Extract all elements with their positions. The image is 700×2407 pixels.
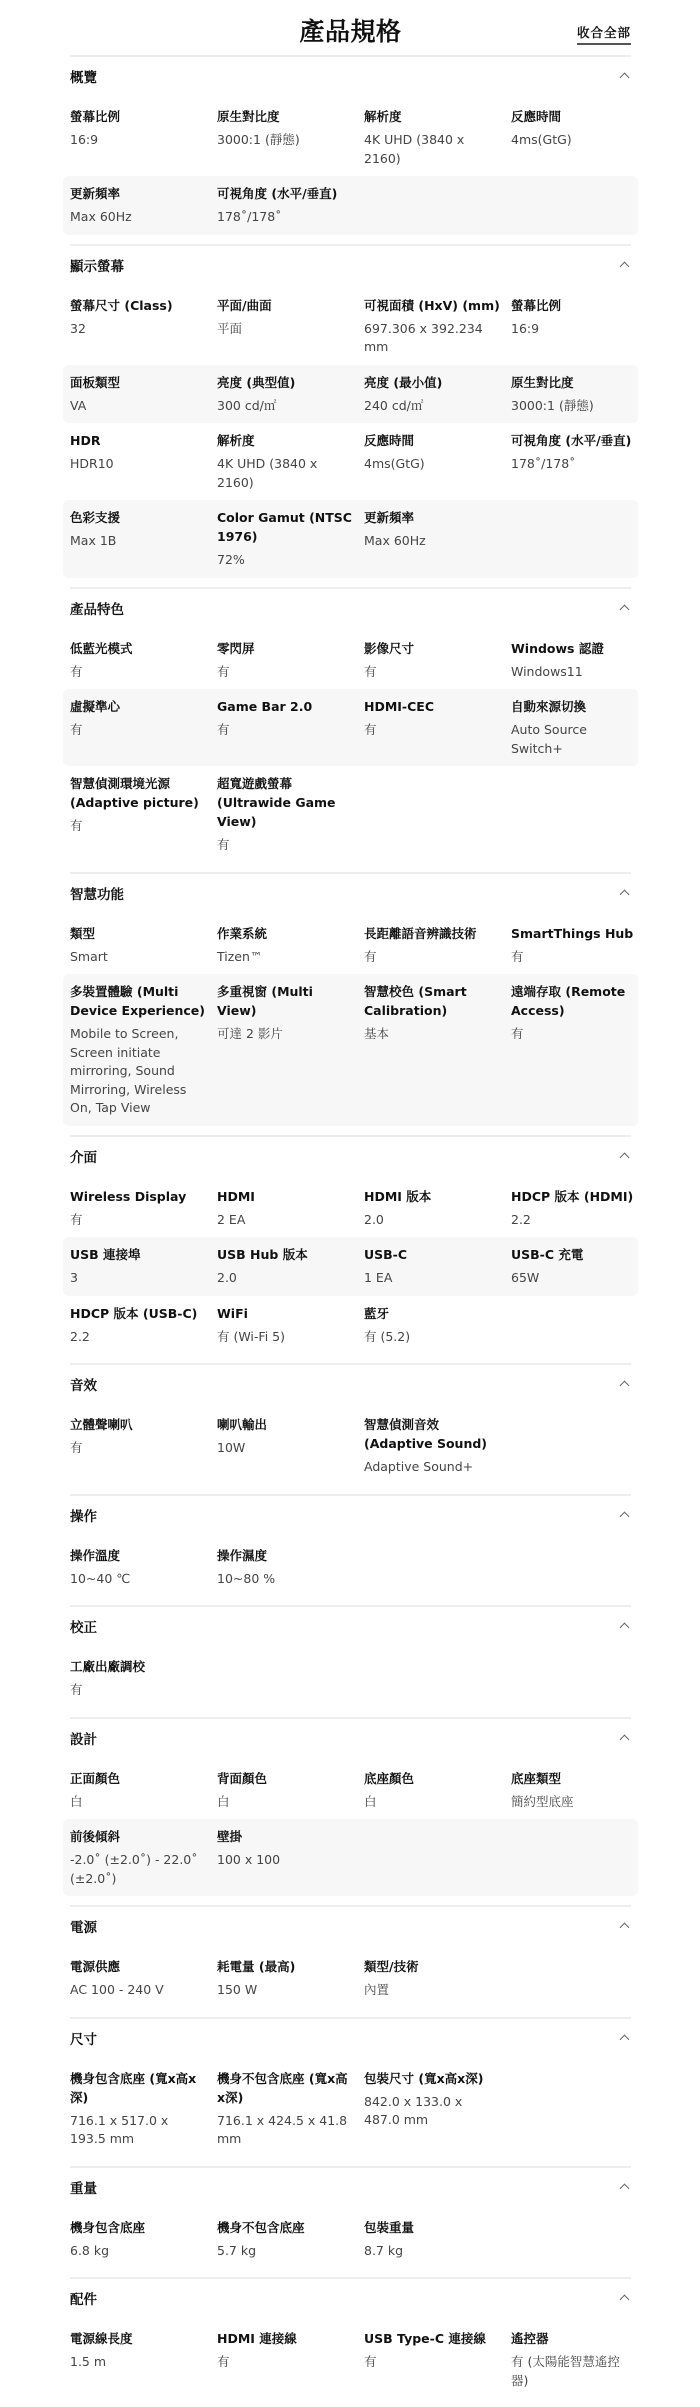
spec-section: 重量機身包含底座6.8 kg機身不包含底座5.7 kg包裝重量8.7 kg [70,2166,631,2278]
spec-value: Adaptive Sound+ [364,1458,489,1477]
spec-item: 機身包含底座6.8 kg [70,2218,217,2261]
spec-item: HDMI 版本2.0 [364,1187,511,1230]
spec-label: USB Hub 版本 [217,1245,354,1264]
spec-section: 音效立體聲喇叭有喇叭輸出10W智慧偵測音效 (Adaptive Sound)Ad… [70,1363,631,1494]
spec-label: HDR [70,431,207,450]
spec-value: Tizen™ [217,948,354,967]
spec-label: USB-C 充電 [511,1245,636,1264]
spec-value: 65W [511,1269,636,1288]
spec-value: 簡約型底座 [511,1793,636,1812]
spec-item: 亮度 (最小值)240 cd/㎡ [364,373,511,416]
spec-label: 機身包含底座 (寬x高x深) [70,2069,207,2107]
spec-label: 可視角度 (水平/垂直) [511,431,636,450]
spec-label: 平面/曲面 [217,296,354,315]
spec-item: 面板類型VA [70,373,217,416]
spec-row: 色彩支援Max 1BColor Gamut (NTSC 1976)72%更新頻率… [63,500,638,578]
spec-sections: 概覽螢幕比例16:9原生對比度3000:1 (靜態)解析度4K UHD (384… [70,55,631,2407]
spec-value: 有 [70,817,207,836]
spec-section: 配件電源線長度1.5 mHDMI 連接線有USB Type-C 連接線有遙控器有… [70,2277,631,2407]
spec-row: 多裝置體驗 (Multi Device Experience)Mobile to… [63,974,638,1126]
spec-section: 產品特色低藍光模式有零閃屏有影像尺寸有Windows 認證Windows11虛擬… [70,587,631,872]
spec-label: Windows 認證 [511,639,636,658]
spec-value: 有 (太陽能智慧遙控器) [511,2353,636,2390]
spec-label: HDMI-CEC [364,697,501,716]
spec-label: 解析度 [364,107,501,126]
spec-label: 自動來源切換 [511,697,636,716]
section-title: 介面 [70,1150,97,1166]
spec-value: HDR10 [70,455,207,474]
spec-value: 178˚/178˚ [511,455,636,474]
spec-value: 有 [511,1025,636,1044]
spec-label: 智慧偵測音效 (Adaptive Sound) [364,1415,489,1453]
spec-label: 正面顏色 [70,1769,207,1788]
spec-row: HDRHDR10解析度4K UHD (3840 x 2160)反應時間4ms(G… [63,423,638,500]
spec-section: 電源電源供應AC 100 - 240 V耗電量 (最高)150 W類型/技術內置 [70,1905,631,2017]
spec-value: 4K UHD (3840 x 2160) [364,131,501,168]
spec-label: 壁掛 [217,1827,342,1846]
spec-value: 有 [217,663,354,682]
spec-value: 4ms(GtG) [364,455,501,474]
spec-row: USB 連接埠3USB Hub 版本2.0USB-C1 EAUSB-C 充電65… [63,1237,638,1296]
spec-value: 2.2 [70,1328,207,1347]
spec-value: 716.1 x 424.5 x 41.8 mm [217,2112,354,2149]
chevron-up-icon[interactable] [620,73,630,83]
spec-item: 電源供應AC 100 - 240 V [70,1957,217,2000]
section-header[interactable]: 產品特色 [70,600,631,620]
spec-item: 機身包含底座 (寬x高x深)716.1 x 517.0 x 193.5 mm [70,2069,217,2149]
spec-item: 螢幕比例16:9 [511,296,636,357]
spec-value: 有 [70,663,207,682]
spec-value: 10~40 ℃ [70,1570,207,1589]
spec-label: 原生對比度 [511,373,636,392]
spec-row: 工廠出廠調校有 [63,1649,638,1708]
spec-value: 有 [217,2353,354,2372]
spec-row: 前後傾斜-2.0˚ (±2.0˚) - 22.0˚ (±2.0˚)壁掛100 x… [63,1819,638,1896]
spec-value: 72% [217,551,354,570]
spec-label: HDMI 連接線 [217,2329,354,2348]
spec-item: SmartThings Hub有 [511,924,636,967]
chevron-up-icon[interactable] [620,1623,630,1633]
spec-label: USB 連接埠 [70,1245,207,1264]
spec-label: 多裝置體驗 (Multi Device Experience) [70,982,207,1020]
spec-label: 前後傾斜 [70,1827,207,1846]
spec-value: 有 [217,721,354,740]
spec-value: Windows11 [511,663,636,682]
spec-label: 藍牙 [364,1304,489,1323]
spec-label: 低藍光模式 [70,639,207,658]
spec-value: 2 EA [217,1211,354,1230]
chevron-up-icon[interactable] [620,2295,630,2305]
spec-value: VA [70,397,207,416]
spec-section: 顯示螢幕螢幕尺寸 (Class)32平面/曲面平面可視面積 (HxV) (mm)… [70,244,631,587]
spec-label: 更新頻率 [70,184,207,203]
spec-value: Mobile to Screen, Screen initiate mirror… [70,1025,207,1118]
section-header[interactable]: 操作 [70,1507,631,1527]
spec-item: 前後傾斜-2.0˚ (±2.0˚) - 22.0˚ (±2.0˚) [70,1827,217,1888]
spec-section: 設計正面顏色白背面顏色白底座顏色白底座類型簡約型底座前後傾斜-2.0˚ (±2.… [70,1717,631,1906]
spec-item: 長距離語音辨識技術有 [364,924,511,967]
spec-label: 底座顏色 [364,1769,501,1788]
spec-label: 背面顏色 [217,1769,354,1788]
spec-value: -2.0˚ (±2.0˚) - 22.0˚ (±2.0˚) [70,1851,207,1888]
spec-value: 有 [70,1211,207,1230]
section-title: 重量 [70,2181,97,2197]
spec-value: 716.1 x 517.0 x 193.5 mm [70,2112,207,2149]
spec-item: 機身不包含底座5.7 kg [217,2218,364,2261]
spec-value: 32 [70,320,207,339]
spec-item: 底座類型簡約型底座 [511,1769,636,1812]
spec-item: 藍牙有 (5.2) [364,1304,489,1347]
chevron-up-icon[interactable] [620,1152,630,1162]
spec-value: 有 [364,721,501,740]
spec-value: 可達 2 影片 [217,1025,354,1044]
spec-label: 反應時間 [511,107,636,126]
spec-label: 類型 [70,924,207,943]
spec-item: 電源線長度1.5 m [70,2329,217,2390]
section-title: 配件 [70,2292,97,2308]
spec-section: 尺寸機身包含底座 (寬x高x深)716.1 x 517.0 x 193.5 mm… [70,2017,631,2166]
spec-item: 原生對比度3000:1 (靜態) [511,373,636,416]
spec-label: 智慧校色 (Smart Calibration) [364,982,501,1020]
spec-label: WiFi [217,1304,354,1323]
section-header[interactable]: 設計 [70,1730,631,1750]
chevron-up-icon[interactable] [620,1734,630,1744]
spec-item: 超寬遊戲螢幕 (Ultrawide Game View)有 [217,774,342,855]
spec-label: 電源線長度 [70,2329,207,2348]
section-title: 校正 [70,1620,97,1636]
spec-label: 亮度 (最小值) [364,373,501,392]
section-title: 設計 [70,1732,97,1748]
spec-item: 智慧偵測音效 (Adaptive Sound)Adaptive Sound+ [364,1415,489,1477]
spec-value: 有 [364,948,501,967]
spec-value: 4K UHD (3840 x 2160) [217,455,354,492]
specs-header: 產品規格 收合全部 [70,0,631,55]
spec-section: 操作操作溫度10~40 ℃操作濕度10~80 % [70,1494,631,1606]
spec-value: 有 [364,663,501,682]
spec-value: Max 60Hz [364,532,489,551]
spec-value: 697.306 x 392.234 mm [364,320,501,357]
section-header[interactable]: 電源 [70,1918,631,1938]
spec-item: 作業系統Tizen™ [217,924,364,967]
spec-value: 10~80 % [217,1570,342,1589]
spec-item: 螢幕比例16:9 [70,107,217,168]
spec-item: 反應時間4ms(GtG) [511,107,636,168]
spec-label: 作業系統 [217,924,354,943]
spec-row: 低藍光模式有零閃屏有影像尺寸有Windows 認證Windows11 [63,631,638,690]
section-header[interactable]: 尺寸 [70,2030,631,2050]
spec-value: 有 [511,948,636,967]
spec-label: 超寬遊戲螢幕 (Ultrawide Game View) [217,774,342,831]
section-header[interactable]: 介面 [70,1148,631,1168]
spec-item: HDCP 版本 (USB-C)2.2 [70,1304,217,1347]
chevron-up-icon[interactable] [620,261,630,271]
section-title: 概覽 [70,70,97,86]
spec-label: 解析度 [217,431,354,450]
spec-label: Color Gamut (NTSC 1976) [217,508,354,546]
spec-item: 反應時間4ms(GtG) [364,431,511,492]
spec-value: 1 EA [364,1269,501,1288]
spec-item: WiFi有 (Wi-Fi 5) [217,1304,364,1347]
spec-label: 類型/技術 [364,1957,489,1976]
spec-item: 解析度4K UHD (3840 x 2160) [364,107,511,168]
spec-value: 150 W [217,1981,354,2000]
spec-row: 電源供應AC 100 - 240 V耗電量 (最高)150 W類型/技術內置 [63,1949,638,2008]
spec-item: 耗電量 (最高)150 W [217,1957,364,2000]
spec-value: 2.2 [511,1211,636,1230]
spec-row: Wireless Display有HDMI2 EAHDMI 版本2.0HDCP … [63,1179,638,1238]
spec-label: HDCP 版本 (HDMI) [511,1187,636,1206]
spec-item: 操作溫度10~40 ℃ [70,1546,217,1589]
chevron-up-icon[interactable] [620,1511,630,1521]
spec-label: 操作濕度 [217,1546,342,1565]
spec-item: HDMI2 EA [217,1187,364,1230]
spec-item: 平面/曲面平面 [217,296,364,357]
spec-row: 機身包含底座 (寬x高x深)716.1 x 517.0 x 193.5 mm機身… [63,2061,638,2157]
spec-value: 16:9 [511,320,636,339]
spec-item: 原生對比度3000:1 (靜態) [217,107,364,168]
spec-item: 操作濕度10~80 % [217,1546,342,1589]
spec-section: 介面Wireless Display有HDMI2 EAHDMI 版本2.0HDC… [70,1135,631,1364]
spec-label: 更新頻率 [364,508,489,527]
collapse-all-button[interactable]: 收合全部 [577,23,631,45]
spec-value: 100 x 100 [217,1851,342,1870]
chevron-up-icon[interactable] [620,889,630,899]
spec-label: HDMI [217,1187,354,1206]
spec-item: 類型/技術內置 [364,1957,489,2000]
spec-value: 3000:1 (靜態) [217,131,354,150]
spec-label: 操作溫度 [70,1546,207,1565]
spec-label: 面板類型 [70,373,207,392]
spec-item: 背面顏色白 [217,1769,364,1812]
spec-item: 喇叭輸出10W [217,1415,364,1477]
spec-value: 白 [364,1793,501,1812]
spec-item: 包裝尺寸 (寬x高x深)842.0 x 133.0 x 487.0 mm [364,2069,489,2149]
spec-label: 多重視窗 (Multi View) [217,982,354,1020]
spec-value: 240 cd/㎡ [364,397,501,416]
spec-label: 螢幕比例 [70,107,207,126]
spec-item: 零閃屏有 [217,639,364,682]
section-header[interactable]: 校正 [70,1618,631,1638]
spec-value: Auto Source Switch+ [511,721,636,758]
section-header[interactable]: 顯示螢幕 [70,257,631,277]
spec-value: 5.7 kg [217,2242,354,2261]
spec-value: 有 [70,1439,207,1458]
spec-row: 正面顏色白背面顏色白底座顏色白底座類型簡約型底座 [63,1761,638,1820]
spec-value: 3000:1 (靜態) [511,397,636,416]
spec-value: 10W [217,1439,354,1458]
spec-value: AC 100 - 240 V [70,1981,207,2000]
spec-value: 有 (Wi-Fi 5) [217,1328,354,1347]
spec-item: 類型Smart [70,924,217,967]
spec-item: 機身不包含底座 (寬x高x深)716.1 x 424.5 x 41.8 mm [217,2069,364,2149]
spec-item: USB-C1 EA [364,1245,511,1288]
spec-item: HDMI-CEC有 [364,697,511,758]
spec-value: 有 (5.2) [364,1328,489,1347]
spec-row: 螢幕尺寸 (Class)32平面/曲面平面可視面積 (HxV) (mm)697.… [63,288,638,365]
spec-label: 原生對比度 [217,107,354,126]
spec-label: 機身包含底座 [70,2218,207,2237]
spec-label: USB-C [364,1245,501,1264]
spec-value: 內置 [364,1981,489,2000]
spec-item: USB-C 充電65W [511,1245,636,1288]
spec-item: 包裝重量8.7 kg [364,2218,489,2261]
spec-row: 螢幕比例16:9原生對比度3000:1 (靜態)解析度4K UHD (3840 … [63,99,638,176]
spec-row: 立體聲喇叭有喇叭輸出10W智慧偵測音效 (Adaptive Sound)Adap… [63,1407,638,1485]
spec-label: 底座類型 [511,1769,636,1788]
spec-item: Wireless Display有 [70,1187,217,1230]
spec-label: 螢幕尺寸 (Class) [70,296,207,315]
spec-value: 178˚/178˚ [217,208,342,227]
spec-item: 亮度 (典型值)300 cd/㎡ [217,373,364,416]
spec-item: USB Hub 版本2.0 [217,1245,364,1288]
spec-label: 可視角度 (水平/垂直) [217,184,342,203]
spec-row: 電源線長度1.5 mHDMI 連接線有USB Type-C 連接線有遙控器有 (… [63,2321,638,2398]
spec-value: 白 [70,1793,207,1812]
spec-value: 基本 [364,1025,501,1044]
spec-value: 300 cd/㎡ [217,397,354,416]
spec-value: 有 [70,1681,195,1700]
spec-item: 多裝置體驗 (Multi Device Experience)Mobile to… [70,982,217,1118]
spec-item: 色彩支援Max 1B [70,508,217,570]
section-header[interactable]: 智慧功能 [70,885,631,905]
spec-value: 6.8 kg [70,2242,207,2261]
spec-item: 工廠出廠調校有 [70,1657,195,1700]
spec-label: 反應時間 [364,431,501,450]
spec-value: 有 [70,721,207,740]
spec-value: 8.7 kg [364,2242,489,2261]
spec-item: 智慧偵測環境光源 (Adaptive picture)有 [70,774,217,855]
spec-value: 有 [217,836,342,855]
spec-item: 可視面積 (HxV) (mm)697.306 x 392.234 mm [364,296,511,357]
section-title: 電源 [70,1920,97,1936]
spec-row: 更新頻率Max 60Hz可視角度 (水平/垂直)178˚/178˚ [63,176,638,235]
spec-item: HDMI 連接線有 [217,2329,364,2390]
spec-item: 底座顏色白 [364,1769,511,1812]
spec-item: HDRHDR10 [70,431,217,492]
spec-label: 遙控器 [511,2329,636,2348]
spec-item: HDCP 版本 (HDMI)2.2 [511,1187,636,1230]
spec-label: 立體聲喇叭 [70,1415,207,1434]
spec-item: 自動來源切換Auto Source Switch+ [511,697,636,758]
spec-row: 類型Smart作業系統Tizen™長距離語音辨識技術有SmartThings H… [63,916,638,975]
spec-label: HDMI 版本 [364,1187,501,1206]
spec-label: 智慧偵測環境光源 (Adaptive picture) [70,774,207,812]
spec-section: 校正工廠出廠調校有 [70,1605,631,1717]
spec-label: Game Bar 2.0 [217,697,354,716]
spec-label: 零閃屏 [217,639,354,658]
spec-value: 16:9 [70,131,207,150]
page-title: 產品規格 [70,12,631,48]
spec-value: 白 [217,1793,354,1812]
spec-label: 喇叭輸出 [217,1415,354,1434]
product-specs-page: 產品規格 收合全部 概覽螢幕比例16:9原生對比度3000:1 (靜態)解析度4… [70,0,631,2407]
spec-label: USB Type-C 連接線 [364,2329,501,2348]
spec-item: Windows 認證Windows11 [511,639,636,682]
spec-item: 可視角度 (水平/垂直)178˚/178˚ [217,184,342,227]
spec-label: SmartThings Hub [511,924,636,943]
spec-item: 影像尺寸有 [364,639,511,682]
spec-row: 虛擬準心有Game Bar 2.0有HDMI-CEC有自動來源切換Auto So… [63,689,638,766]
spec-row: 操作溫度10~40 ℃操作濕度10~80 % [63,1538,638,1597]
spec-value: 3 [70,1269,207,1288]
section-header[interactable]: 概覽 [70,68,631,88]
spec-row: 面板類型VA亮度 (典型值)300 cd/㎡亮度 (最小值)240 cd/㎡原生… [63,365,638,424]
spec-item: 解析度4K UHD (3840 x 2160) [217,431,364,492]
section-title: 操作 [70,1509,97,1525]
spec-label: 包裝尺寸 (寬x高x深) [364,2069,489,2088]
spec-label: 機身不包含底座 (寬x高x深) [217,2069,354,2107]
spec-label: 工廠出廠調校 [70,1657,195,1676]
spec-label: 虛擬準心 [70,697,207,716]
spec-item: 智慧校色 (Smart Calibration)基本 [364,982,511,1118]
spec-label: 電源供應 [70,1957,207,1976]
spec-label: 可視面積 (HxV) (mm) [364,296,501,315]
spec-item: 更新頻率Max 60Hz [70,184,217,227]
spec-label: 影像尺寸 [364,639,501,658]
spec-label: 亮度 (典型值) [217,373,354,392]
spec-row: HDCP 版本 (USB-C)2.2WiFi有 (Wi-Fi 5)藍牙有 (5.… [63,1296,638,1355]
chevron-up-icon[interactable] [620,2034,630,2044]
spec-value: 2.0 [217,1269,354,1288]
spec-section: 智慧功能類型Smart作業系統Tizen™長距離語音辨識技術有SmartThin… [70,872,631,1135]
spec-value: 2.0 [364,1211,501,1230]
spec-item: 立體聲喇叭有 [70,1415,217,1477]
section-title: 智慧功能 [70,887,124,903]
spec-value: Max 60Hz [70,208,207,227]
section-title: 產品特色 [70,602,124,618]
spec-item: USB 連接埠3 [70,1245,217,1288]
spec-item: USB Type-C 連接線有 [364,2329,511,2390]
spec-value: 4ms(GtG) [511,131,636,150]
spec-label: 長距離語音辨識技術 [364,924,501,943]
spec-item: 壁掛100 x 100 [217,1827,342,1888]
spec-row: 智慧偵測環境光源 (Adaptive picture)有超寬遊戲螢幕 (Ultr… [63,766,638,863]
spec-label: HDCP 版本 (USB-C) [70,1304,207,1323]
spec-item: 可視角度 (水平/垂直)178˚/178˚ [511,431,636,492]
section-header[interactable]: 重量 [70,2179,631,2199]
section-header[interactable]: 音效 [70,1376,631,1396]
spec-item: Color Gamut (NTSC 1976)72% [217,508,364,570]
spec-label: 包裝重量 [364,2218,489,2237]
spec-item: 更新頻率Max 60Hz [364,508,489,570]
spec-value: 842.0 x 133.0 x 487.0 mm [364,2093,489,2130]
section-header[interactable]: 配件 [70,2290,631,2310]
chevron-up-icon[interactable] [620,1381,630,1391]
spec-value: 1.5 m [70,2353,207,2372]
spec-section: 概覽螢幕比例16:9原生對比度3000:1 (靜態)解析度4K UHD (384… [70,55,631,244]
spec-label: Wireless Display [70,1187,207,1206]
chevron-up-icon[interactable] [620,604,630,614]
spec-item: 多重視窗 (Multi View)可達 2 影片 [217,982,364,1118]
spec-item: 虛擬準心有 [70,697,217,758]
spec-label: 機身不包含底座 [217,2218,354,2237]
section-title: 顯示螢幕 [70,259,124,275]
spec-value: Smart [70,948,207,967]
spec-item: 低藍光模式有 [70,639,217,682]
spec-label: 色彩支援 [70,508,207,527]
spec-item: 正面顏色白 [70,1769,217,1812]
spec-item: 遙控器有 (太陽能智慧遙控器) [511,2329,636,2390]
spec-item: 遠端存取 (Remote Access)有 [511,982,636,1118]
chevron-up-icon[interactable] [620,2183,630,2193]
spec-label: 遠端存取 (Remote Access) [511,982,636,1020]
spec-value: 有 [364,2353,501,2372]
spec-label: 螢幕比例 [511,296,636,315]
chevron-up-icon[interactable] [620,1923,630,1933]
spec-item: 螢幕尺寸 (Class)32 [70,296,217,357]
spec-label: 耗電量 (最高) [217,1957,354,1976]
spec-value: Max 1B [70,532,207,551]
